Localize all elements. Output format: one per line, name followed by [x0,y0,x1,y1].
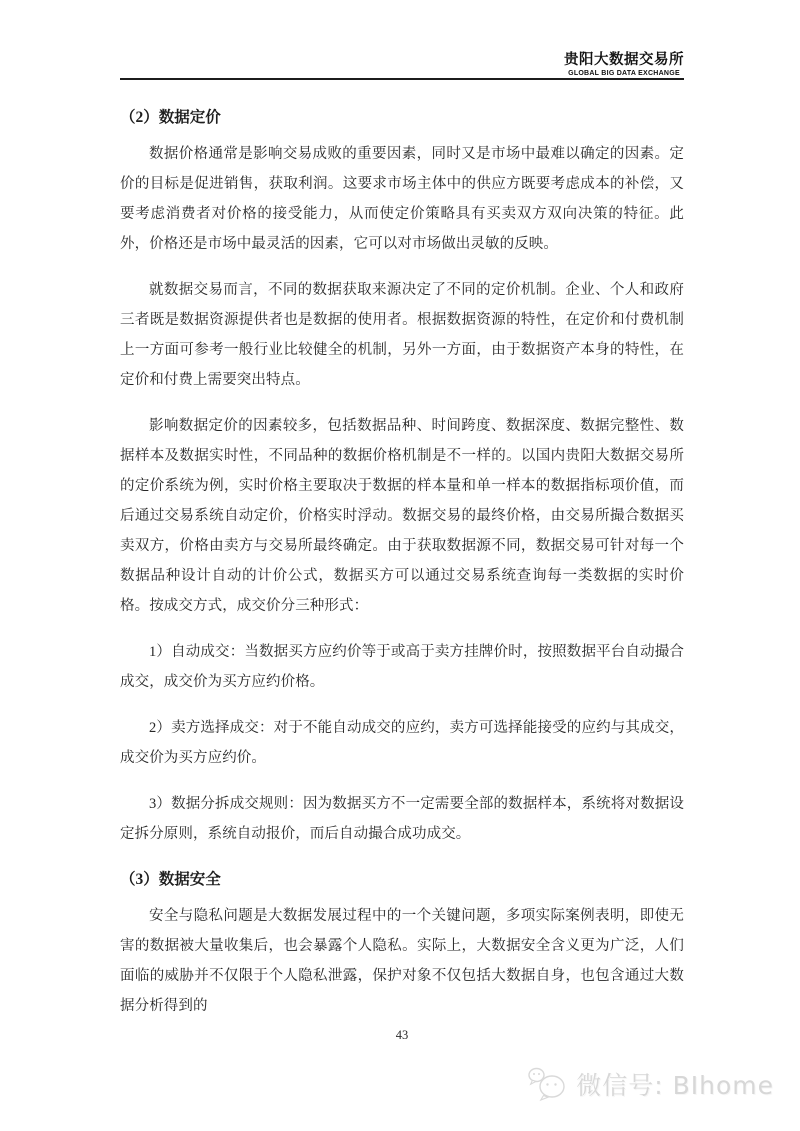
list-item-auto-deal: 1）自动成交：当数据买方应约价等于或高于卖方挂牌价时，按照数据平台自动撮合成交，… [120,637,684,697]
section-heading-data-security: （3）数据安全 [120,865,684,895]
watermark: 微信号: BIhome [527,1066,774,1102]
section-heading-data-pricing: （2）数据定价 [120,103,684,133]
document-page: 贵阳大数据交易所 GLOBAL BIG DATA EXCHANGE （2）数据定… [0,0,800,1131]
logo-title: 贵阳大数据交易所 [564,52,684,69]
wechat-icon [527,1066,567,1102]
list-item-seller-choice-deal: 2）卖方选择成交：对于不能自动成交的应约，卖方可选择能接受的应约与其成交，成交价… [120,713,684,773]
paragraph: 数据价格通常是影响交易成败的重要因素，同时又是市场中最难以确定的因素。定价的目标… [120,139,684,259]
watermark-text: 微信号: BIhome [576,1066,774,1102]
paragraph: 安全与隐私问题是大数据发展过程中的一个关键问题，多项实际案例表明，即使无害的数据… [120,901,684,1021]
document-body: （2）数据定价 数据价格通常是影响交易成败的重要因素，同时又是市场中最难以确定的… [120,79,684,1037]
paragraph: 就数据交易而言，不同的数据获取来源决定了不同的定价机制。企业、个人和政府三者既是… [120,275,684,395]
logo-subtitle: GLOBAL BIG DATA EXCHANGE [564,70,684,77]
paragraph: 影响数据定价的因素较多，包括数据品种、时间跨度、数据深度、数据完整性、数据样本及… [120,411,684,621]
page-header: 贵阳大数据交易所 GLOBAL BIG DATA EXCHANGE [120,0,684,80]
exchange-logo: 贵阳大数据交易所 GLOBAL BIG DATA EXCHANGE [564,52,684,77]
list-item-data-split-deal: 3）数据分拆成交规则：因为数据买方不一定需要全部的数据样本，系统将对数据设定拆分… [120,789,684,849]
page-number: 43 [120,1028,684,1043]
